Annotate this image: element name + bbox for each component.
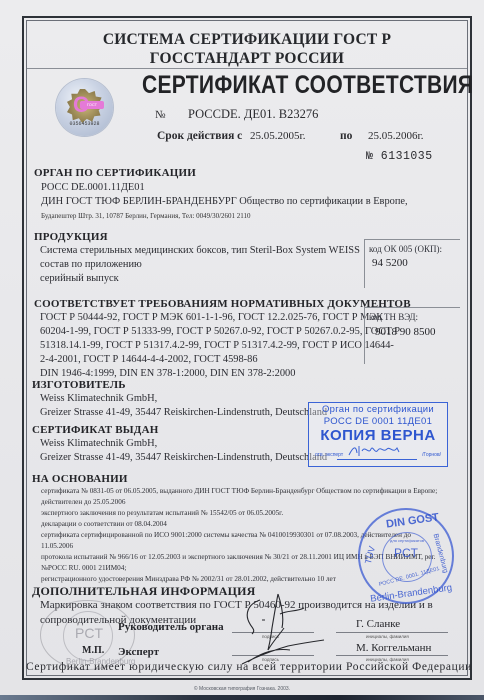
legal-validity-note: Сертификат имеет юридическую силу на все… xyxy=(26,661,468,673)
issued-to-name: Weiss Klimatechnik GmbH, xyxy=(40,437,157,451)
okp-code-value: 94 5200 xyxy=(372,257,408,269)
basis-line-3: экспертного заключения по результатам ис… xyxy=(41,508,283,519)
basis-line-2: действителен до 25.05.2006 xyxy=(41,497,125,508)
product-line-1: Система стерильных медицинских боксов, т… xyxy=(40,244,360,258)
additional-info-heading: ДОПОЛНИТЕЛЬНАЯ ИНФОРМАЦИЯ xyxy=(32,584,256,599)
standards-line-4: 2-4-2001, ГОСТ Р 14644-4-4-2002, ГОСТ 45… xyxy=(40,353,258,367)
faded-seal: PCT Berlin-Brandenburg xyxy=(40,600,135,670)
standards-line-3: 51318.14.1-99, ГОСТ Р 51317.4.2-99, ГОСТ… xyxy=(40,339,394,353)
basis-line-1: сертификата № 0831-05 от 06.05.2005, выд… xyxy=(41,486,437,497)
printer-note: © Московская типография Гознака. 2003. xyxy=(0,686,484,692)
signature-role-expert: Эксперт xyxy=(118,646,159,658)
header-divider xyxy=(27,68,467,69)
number-label: № xyxy=(155,109,166,121)
certification-body-heading: ОРГАН ПО СЕРТИФИКАЦИИ xyxy=(34,167,196,179)
manufacturer-heading: ИЗГОТОВИТЕЛЬ xyxy=(32,379,126,391)
stamp-signature-icon xyxy=(347,443,407,459)
standards-heading: СООТВЕТСТВУЕТ ТРЕБОВАНИЯМ НОРМАТИВНЫХ ДО… xyxy=(34,298,411,310)
scan-edge xyxy=(0,695,484,700)
hologram-sticker: С ГОСТ 0356453928 xyxy=(56,79,113,136)
tnved-code-value: 9018 90 8500 xyxy=(375,326,436,338)
stamp-line-2: РОСС DE 0001 11ДЕ01 xyxy=(309,416,447,427)
seal-mark: PCT xyxy=(394,546,418,560)
stamp-expert-name: /Горнов/ xyxy=(422,452,441,458)
issued-to-address: Greizer Strasse 41-49, 35447 Reiskirchen… xyxy=(40,451,327,465)
product-line-2: состав по приложению xyxy=(40,258,142,272)
certification-body-name: ДИН ГОСТ ТЮФ БЕРЛИН-БРАНДЕНБУРГ Общество… xyxy=(41,195,408,209)
signature-role-head: Руководитель органа xyxy=(118,621,224,633)
stamp-expert-label: отв. эксперт xyxy=(315,452,343,458)
head-signature-name: Г. Сланке xyxy=(356,618,400,630)
certificate-title: СЕРТИФИКАТ СООТВЕТСТВИЯ xyxy=(142,72,473,100)
head-name-line xyxy=(336,632,448,633)
product-line-3: серийный выпуск xyxy=(40,272,119,286)
standards-line-2: 60204-1-99, ГОСТ Р 51333-99, ГОСТ Р 5026… xyxy=(40,325,400,339)
system-title-line2: ГОССТАНДАРТ РОССИИ xyxy=(26,49,468,68)
tnved-code-label: код ТН ВЭД: xyxy=(369,312,418,322)
faded-seal-mark: PCT xyxy=(75,625,103,641)
manufacturer-name: Weiss Klimatechnik GmbH, xyxy=(40,392,157,406)
hologram-band: ГОСТ xyxy=(80,101,104,109)
expert-signature-name: М. Коггельманн xyxy=(356,642,431,654)
basis-heading: НА ОСНОВАНИИ xyxy=(32,473,128,485)
stamp-signature-line xyxy=(337,459,417,460)
certification-body-code: РОСС DE.0001.11ДЕ01 xyxy=(41,181,145,195)
copy-verified-stamp: Орган по сертификации РОСС DE 0001 11ДЕ0… xyxy=(308,402,448,467)
system-title-line1: СИСТЕМА СЕРТИФИКАЦИИ ГОСТ Р xyxy=(26,30,468,49)
blank-number: № 6131035 xyxy=(366,150,433,163)
din-gost-seal: DIN GOST TÜV Brandenburg для сертификато… xyxy=(358,508,454,604)
validity-label: Срок действия с xyxy=(157,130,242,142)
basis-line-4: декларации о соответствии от 08.04.2004 xyxy=(41,519,167,530)
basis-line-5: сертификата сертифицированной по ИСО 900… xyxy=(41,530,411,541)
handwritten-signatures-icon xyxy=(238,590,328,670)
certification-body-address: Будапештер Штр. 31, 10787 Берлин, Герман… xyxy=(41,212,251,220)
issued-to-heading: СЕРТИФИКАТ ВЫДАН xyxy=(32,424,158,436)
seal-left-text: TÜV xyxy=(363,545,377,565)
standards-line-1: ГОСТ Р 50444-92, ГОСТ Р МЭК 601-1-1-96, … xyxy=(40,311,383,325)
stamp-line-1: Орган по сертификации xyxy=(309,404,447,416)
stamp-line-3: КОПИЯ ВЕРНА xyxy=(309,427,447,444)
valid-from-date: 25.05.2005г. xyxy=(250,130,306,142)
product-heading: ПРОДУКЦИЯ xyxy=(34,231,108,243)
seal-inner-text: для сертификатов xyxy=(390,538,424,543)
valid-to-date: 25.05.2006г. xyxy=(368,130,424,142)
basis-line-8: №РОСС RU. 0001 21ИМ04; xyxy=(41,563,126,574)
head-name-caption: инициалы, фамилия xyxy=(366,634,409,639)
validity-to-label: по xyxy=(340,130,352,142)
manufacturer-address: Greizer Strasse 41-49, 35447 Reiskirchen… xyxy=(40,406,327,420)
mp-label: М.П. xyxy=(82,645,104,656)
seal-top-text: DIN GOST xyxy=(385,511,439,530)
expert-name-line xyxy=(336,655,448,656)
registration-number: РОССDE. ДЕ01. В23276 xyxy=(188,107,318,122)
basis-line-6: 11.05.2006 xyxy=(41,541,73,552)
hologram-serial: 0356453928 xyxy=(62,121,107,127)
okp-code-label: код ОК 005 (ОКП): xyxy=(369,244,442,254)
